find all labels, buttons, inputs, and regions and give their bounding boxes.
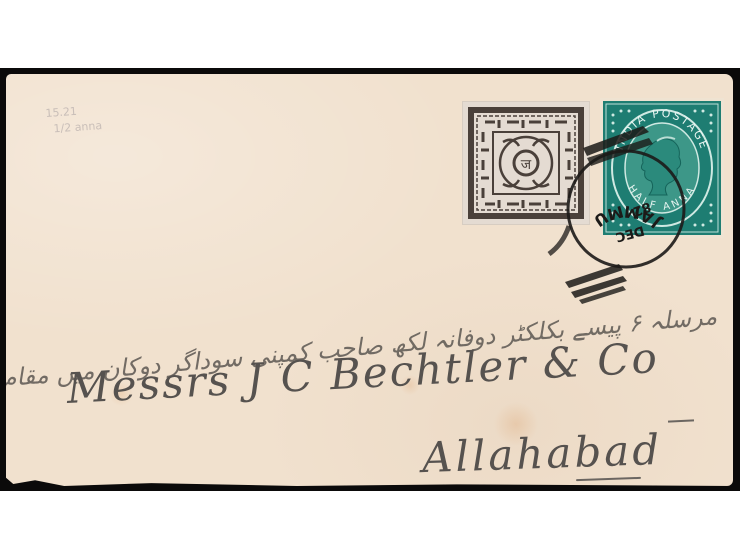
address-city: Allahabad	[421, 425, 663, 482]
jammu-postmark: JAMMU 82 DEC	[531, 114, 721, 304]
pencil-annotation: 15.21 1/2 anna	[45, 102, 103, 138]
envelope: 15.21 1/2 anna ज	[6, 74, 733, 486]
underline-city	[576, 477, 641, 481]
underline-co	[668, 419, 694, 422]
svg-text:DEC: DEC	[614, 222, 646, 244]
